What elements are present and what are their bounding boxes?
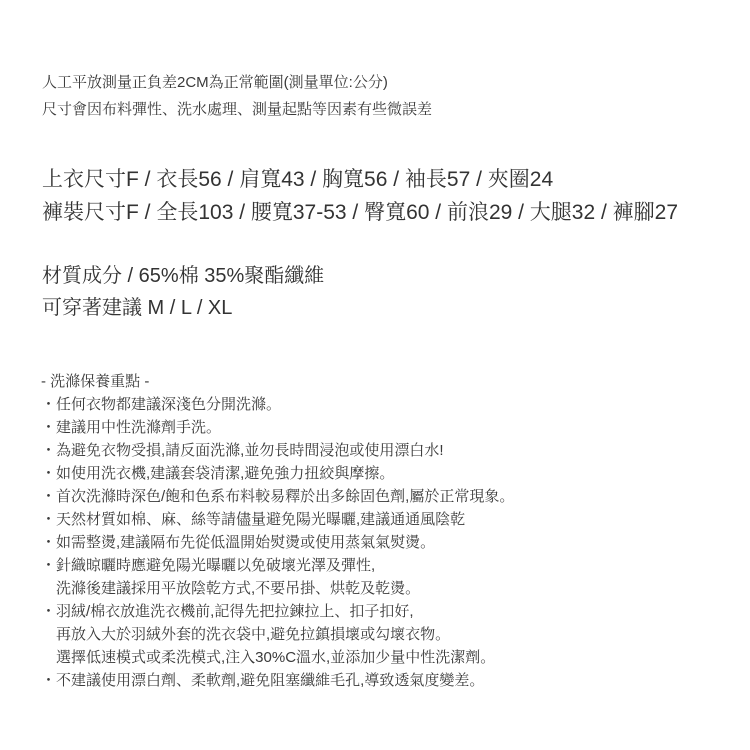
- material-info: 材質成分 / 65%棉 35%聚酯纖維 可穿著建議 M / L / XL: [42, 260, 324, 324]
- care-instructions: - 洗滌保養重點 - ・任何衣物都建議深淺色分開洗滌。 ・建議用中性洗滌劑手洗。…: [41, 370, 514, 692]
- care-line-down-laundry-bag: 再放入大於羽絨外套的洗衣袋中,避免拉鎮損壞或勾壞衣物。: [41, 623, 514, 646]
- care-heading: - 洗滌保養重點 -: [41, 370, 514, 393]
- size-info: 上衣尺寸F / 衣長56 / 肩寬43 / 胸寬56 / 袖長57 / 夾圈24…: [42, 163, 678, 229]
- care-line-separate-colors: ・任何衣物都建議深淺色分開洗滌。: [41, 393, 514, 416]
- care-line-down-zip-up: ・羽絨/棉衣放進洗衣機前,記得先把拉鍊拉上、扣子扣好,: [41, 600, 514, 623]
- measurement-tolerance-line: 人工平放測量正負差2CM為正常範圍(測量單位:公分): [42, 69, 432, 96]
- top-size-line: 上衣尺寸F / 衣長56 / 肩寬43 / 胸寬56 / 袖長57 / 夾圈24: [42, 163, 678, 196]
- care-line-machine-bag: ・如使用洗衣機,建議套袋清潔,避免強力扭絞與摩擦。: [41, 462, 514, 485]
- care-line-ironing: ・如需整燙,建議隔布先從低溫開始熨燙或使用蒸氣氣熨燙。: [41, 531, 514, 554]
- care-line-no-bleach-softener: ・不建議使用漂白劑、柔軟劑,避免阻塞纖維毛孔,導致透氣度變差。: [41, 669, 514, 692]
- care-line-down-gentle-mode: 選擇低速模式或柔洗模式,注入30%C溫水,並添加少量中性洗潔劑。: [41, 646, 514, 669]
- care-line-natural-fiber-shade: ・天然材質如棉、麻、絲等請儘量避免陽光曝曬,建議通通風陰乾: [41, 508, 514, 531]
- pants-size-line: 褲裝尺寸F / 全長103 / 腰寬37-53 / 臀寬60 / 前浪29 / …: [42, 196, 678, 229]
- care-line-inside-out: ・為避免衣物受損,請反面洗滌,並勿長時間浸泡或使用漂白水!: [41, 439, 514, 462]
- measurement-note: 人工平放測量正負差2CM為正常範圍(測量單位:公分) 尺寸會因布料彈性、洗水處理…: [42, 69, 432, 123]
- measurement-variance-line: 尺寸會因布料彈性、洗水處理、測量起點等因素有些微誤差: [42, 96, 432, 123]
- care-line-hand-wash: ・建議用中性洗滌劑手洗。: [41, 416, 514, 439]
- wear-suggestion-line: 可穿著建議 M / L / XL: [42, 292, 324, 324]
- care-line-knit-sunlight: ・針織晾曬時應避免陽光曝曬以免破壞光澤及彈性,: [41, 554, 514, 577]
- care-line-knit-flat-dry: 洗滌後建議採用平放陰乾方式,不要吊掛、烘乾及乾燙。: [41, 577, 514, 600]
- material-composition-line: 材質成分 / 65%棉 35%聚酯纖維: [42, 260, 324, 292]
- care-line-first-wash-dye: ・首次洗滌時深色/飽和色系布料較易釋於出多餘固色劑,屬於正常現象。: [41, 485, 514, 508]
